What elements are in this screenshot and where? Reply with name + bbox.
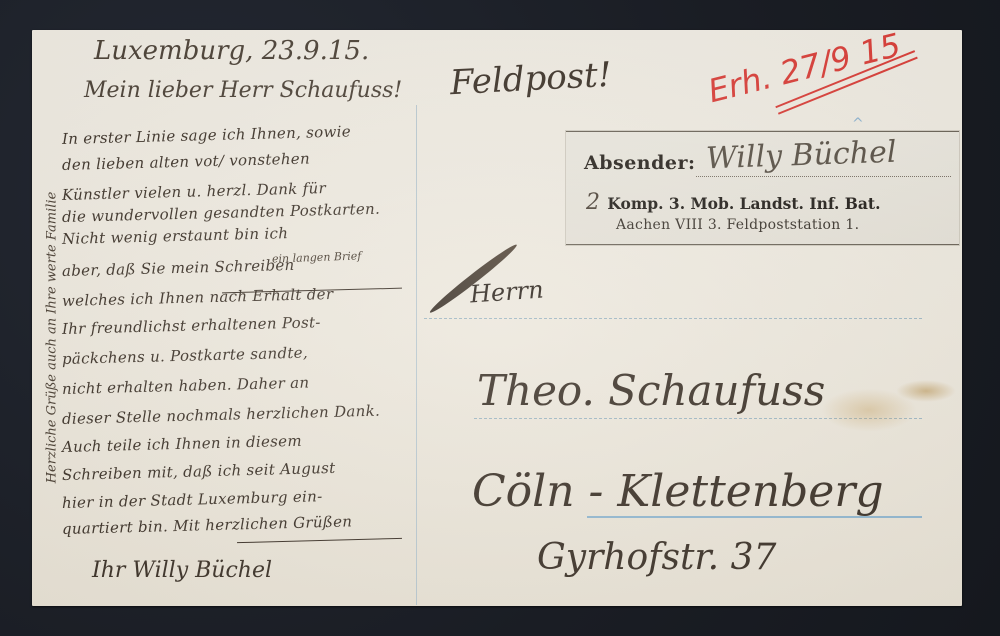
address-line-1	[424, 318, 922, 319]
letter-line: die wundervollen gesandten Postkarten.	[62, 200, 381, 226]
company-number: 2	[586, 190, 600, 215]
letter-line: Auch teile ich Ihnen in diesem	[62, 432, 302, 456]
sender-label: Absender: Willy Büchel 2 Komp. 3. Mob. L…	[566, 131, 959, 245]
letter-line: nicht erhalten haben. Daher an	[62, 374, 310, 398]
unit-text: Komp. 3. Mob. Landst. Inf. Bat.	[607, 194, 880, 213]
blue-caret-mark: ^	[852, 116, 864, 132]
signature: Ihr Willy Büchel	[92, 560, 272, 582]
letter-line: hier in der Stadt Luxemburg ein-	[62, 487, 323, 512]
letter-line: Ihr freundlichst erhaltenen Post-	[62, 313, 321, 338]
sender-dotted-line	[696, 176, 951, 177]
letter-line: Nicht wenig erstaunt bin ich	[62, 224, 289, 248]
recipient-name: Theo. Schaufuss	[477, 370, 825, 412]
sender-name: Willy Büchel	[705, 135, 897, 177]
feldpost-heading: Feldpost!	[449, 58, 612, 100]
sender-unit: 2 Komp. 3. Mob. Landst. Inf. Bat.	[586, 190, 880, 215]
feldpost-station: Aachen VIII 3. Feldpoststation 1.	[616, 217, 859, 233]
letter-line: welches ich Ihnen nach Erhalt der	[62, 285, 334, 310]
letter-line: aber, daß Sie mein Schreiben	[62, 256, 295, 280]
place-and-date: Luxemburg, 23.9.15.	[94, 38, 369, 64]
ink-underline	[237, 538, 402, 543]
letter-line: Künstler vielen u. herzl. Dank für	[62, 179, 326, 204]
letter-line: In erster Linie sage ich Ihnen, sowie	[62, 122, 351, 148]
postcard: Herzliche Grüße auch an Ihre werte Famil…	[32, 30, 962, 606]
margin-note: Herzliche Grüße auch an Ihre werte Famil…	[45, 88, 60, 588]
letter-line: quartiert bin. Mit herzlichen Grüßen	[62, 512, 353, 538]
letter-line: dieser Stelle nochmals herzlichen Dank.	[62, 402, 381, 428]
salutation: Mein lieber Herr Schaufuss!	[84, 80, 402, 102]
recipient-street: Gyrhofstr. 37	[537, 540, 776, 576]
insertion-note: ein langen Brief	[272, 250, 362, 264]
letter-line: päckchens u. Postkarte sandte,	[62, 344, 308, 368]
address-title: Herrn	[469, 277, 544, 306]
recipient-city: Cöln - Klettenberg	[472, 470, 884, 514]
letter-line: den lieben alten vot/ vonstehen	[62, 150, 310, 174]
postcard-divider-line	[416, 105, 417, 605]
letter-line: Schreiben mit, daß ich seit August	[62, 459, 336, 484]
address-line-2	[474, 418, 922, 419]
sender-label-heading: Absender:	[584, 152, 696, 174]
paper-stain	[896, 380, 956, 402]
